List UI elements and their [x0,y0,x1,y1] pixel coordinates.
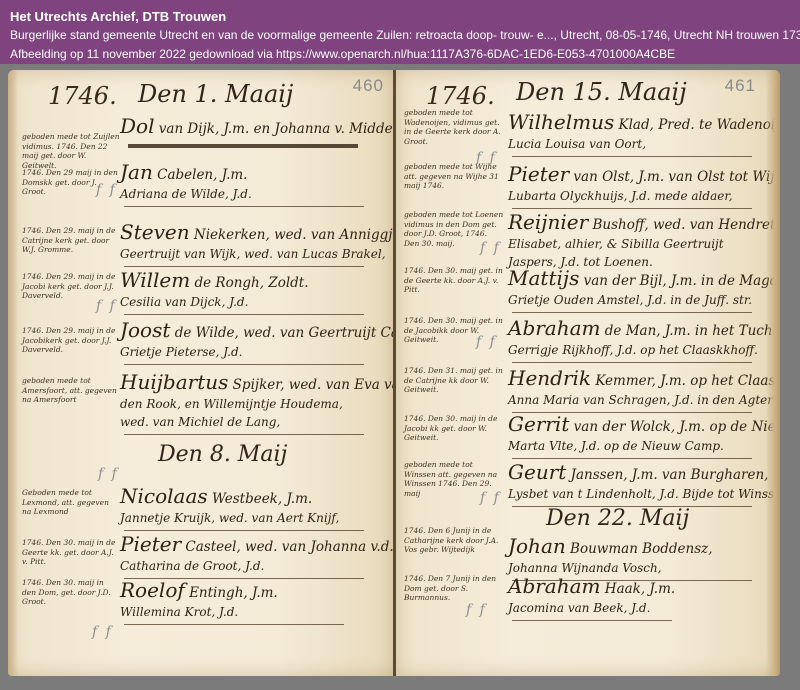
groom-first-name: Pieter [120,532,181,556]
groom-first-name: Geurt [508,460,566,484]
margin-note: geboden mede tot Amersfoort, att. gegeve… [22,376,120,405]
marriage-entry: Pieter van Olst, J.m. van Olst tot Wijhe… [508,164,768,209]
groom-first-name: Johan [508,534,566,558]
groom-first-name: Hendrik [508,366,591,390]
tick-mark: f f [466,602,487,618]
groom-details: Entingh, J.m. [185,585,278,601]
tick-mark: f f [476,150,497,166]
bride-details: Gerrigje Rijkhoff, J.d. op het Claaskkho… [508,341,768,359]
archive-header: Het Utrechts Archief, DTB Trouwen Burger… [0,0,800,64]
groom-details: van Olst, J.m. van Olst tot Wijhe; [569,169,780,185]
entry-divider [512,620,672,621]
groom-details: de Wilde, wed. van Geertruijt Caes, [170,325,394,341]
groom-details: van Dijk, J.m. en Johanna v. Middelregt [154,121,394,137]
groom-first-name: Abraham [508,574,601,598]
groom-details: Kemmer, J.m. op het Claaskerkhoff [591,373,780,389]
tick-mark: f f [98,466,119,482]
groom-first-name: Wilhelmus [508,110,614,134]
bride-details: Lucia Louisa van Oort, [508,135,768,153]
entry-divider [512,312,752,313]
groom-first-name: Reijnier [508,210,588,234]
marriage-entry: Huijbartus Spijker, wed. van Eva van den… [120,372,390,435]
bride-details: Willemina Krot, J.d. [120,603,390,621]
margin-note: 1746. Den 29. maij in de Catrijne kerk g… [22,226,120,255]
bride-details: Lysbet van t Lindenholt, J.d. Bijde tot … [508,485,768,503]
bride-details: Grietje Ouden Amstel, J.d. in de Juff. s… [508,291,768,309]
marriage-entry: Abraham Haak, J.m. Jacomina van Beek, J.… [508,576,768,621]
groom-details: Niekerken, wed. van Anniggje Blommers, [190,227,394,243]
entry-divider [124,266,364,267]
entry-divider [124,434,364,435]
marriage-entry: Joost de Wilde, wed. van Geertruijt Caes… [120,320,390,365]
year-heading: 1746. [48,82,117,110]
margin-note: Geboden mede tot Lexmond, att. gegeven n… [22,488,120,517]
groom-details: Haak, J.m. [601,581,676,597]
marriage-entry: Geurt Janssen, J.m. van Burgharen, Lysbe… [508,462,768,507]
groom-first-name: Jan [120,160,153,184]
bride-details: Marta Vlte, J.d. op de Nieuw Camp. [508,437,768,455]
entry-divider [512,362,752,363]
marriage-entry: Roelof Entingh, J.m. Willemina Krot, J.d… [120,580,390,625]
bride-details: Cesilia van Dijck, J.d. [120,293,390,311]
groom-details: Cabelen, J.m. [153,167,248,183]
bride-details: Lubarta Olyckhuijs, J.d. mede aldaer, [508,187,768,205]
marriage-entry: Jan Cabelen, J.m. Adriana de Wilde, J.d. [120,162,390,207]
entry-divider [124,364,364,365]
bride-details: Adriana de Wilde, J.d. [120,185,390,203]
tick-mark: f f [92,624,113,640]
groom-details: Bouwman Boddensz, [566,541,713,557]
bride-details: Anna Maria van Schragen, J.d. in den Agt… [508,391,768,409]
margin-note: 1746. Den 30. maij in den Dom, get. door… [22,578,120,607]
tick-mark: f f [476,334,497,350]
entry-divider [124,624,344,625]
groom-details: de Man, J.m. in het Tuchthuijs str. [601,323,781,339]
archive-title: Het Utrechts Archief, DTB Trouwen [10,7,790,26]
marriage-entry: Gerrit van der Wolck, J.m. op de Nieuweg… [508,414,768,459]
marriage-entry: Wilhelmus Klad, Pred. te Wadenoijen, Luc… [508,112,768,157]
year-heading: 1746. [426,82,495,110]
marriage-entry: Reijnier Bushoff, wed. van Hendretta Eli… [508,212,768,271]
groom-details: van der Bijl, J.m. in de Magdalene str. [579,273,780,289]
groom-first-name: Steven [120,220,190,244]
margin-note: 1746. Den 30. maij get. in de Geerte kk.… [404,266,504,295]
bride-details: Catharina de Groot, J.d. [120,557,390,575]
groom-details: Bushoff, wed. van Hendretta [588,217,780,233]
groom-first-name: Joost [120,318,170,342]
bride-details: Grietje Pieterse, J.d. [120,343,390,361]
marriage-entry: Mattijs van der Bijl, J.m. in de Magdale… [508,268,768,313]
bride-details: den Rook, en Willemijntje Houdema, wed. … [120,395,370,431]
margin-note: geboden mede tot Wijhe att. gegeven na W… [404,162,504,191]
entry-divider [124,314,364,315]
entry-divider [512,208,752,209]
groom-details: van der Wolck, J.m. op de Nieuweg. [569,419,780,435]
groom-details: Klad, Pred. te Wadenoijen, [614,117,780,133]
entry-divider [124,206,364,207]
tick-mark: f f [480,240,501,256]
date-heading: Den 15. Maaij [516,78,687,106]
groom-first-name: Abraham [508,316,601,340]
groom-first-name: Gerrit [508,412,569,436]
marriage-entry: Steven Niekerken, wed. van Anniggje Blom… [120,222,390,267]
struck-through-line [128,144,358,148]
marriage-entry: Nicolaas Westbeek, J.m. Jannetje Kruijk,… [120,486,390,531]
date-heading: Den 8. Maij [158,442,287,467]
margin-note: geboden mede tot Wadenoijen, vidimus get… [404,108,504,146]
margin-note: 1746. Den 29. maij in de Jacobikerk get.… [22,326,120,355]
bride-details: Jannetje Kruijk, wed. van Aert Knijf, [120,509,390,527]
groom-first-name: Nicolaas [120,484,208,508]
groom-details: Spijker, wed. van Eva van [228,377,394,393]
bride-details: Geertruijt van Wijk, wed. van Lucas Brak… [120,245,390,263]
groom-details: de Rongh, Zoldt. [190,275,308,291]
marriage-entry: Dol van Dijk, J.m. en Johanna v. Middelr… [120,116,390,139]
date-heading: Den 22. Maij [546,506,689,531]
entry-divider [124,530,364,531]
groom-first-name: Dol [120,114,154,138]
margin-note: 1746. Den 6 Junij in de Catharijne kerk … [404,526,504,555]
right-page: 461 1746. Den 15. Maaij geboden mede tot… [396,70,780,676]
download-source: Afbeelding op 11 november 2022 gedownloa… [10,45,790,64]
entry-divider [512,458,752,459]
folio-number: 461 [725,76,756,96]
date-heading: Den 1. Maaij [138,80,293,108]
groom-first-name: Huijbartus [120,370,228,394]
margin-note: 1746. Den 30. maij in de Geerte kk. get.… [22,538,120,567]
record-description: Burgerlijke stand gemeente Utrecht en va… [10,26,790,45]
groom-details: Janssen, J.m. van Burgharen, [566,467,768,483]
left-page: 460 1746. Den 1. Maaij geboden mede tot … [8,70,394,676]
margin-note: geboden mede tot Zuijlen vidimus. 1746. … [22,132,120,170]
groom-details: Casteel, wed. van Johanna v.d. Bergh, [181,539,394,555]
tick-mark: f f [96,182,117,198]
folio-number: 460 [353,76,384,96]
marriage-entry: Pieter Casteel, wed. van Johanna v.d. Be… [120,534,390,579]
entry-divider [512,156,752,157]
margin-note: 1746. Den 30. maij in de Jacobi kk get. … [404,414,504,443]
tick-mark: f f [480,490,501,506]
groom-details: Westbeek, J.m. [208,491,313,507]
marriage-entry: Abraham de Man, J.m. in het Tuchthuijs s… [508,318,768,363]
marriage-entry: Willem de Rongh, Zoldt. Cesilia van Dijc… [120,270,390,315]
margin-note: 1746. Den 7 Junij in den Dom get. door S… [404,574,504,603]
bride-details: Jacomina van Beek, J.d. [508,599,768,617]
groom-first-name: Pieter [508,162,569,186]
groom-first-name: Mattijs [508,266,579,290]
manuscript-spread: 460 1746. Den 1. Maaij geboden mede tot … [8,70,792,682]
groom-first-name: Roelof [120,578,185,602]
tick-mark: f f [96,298,117,314]
groom-first-name: Willem [120,268,190,292]
margin-note: 1746. Den 31. maij get. in de Catrijne k… [404,366,504,395]
margin-note: 1746. Den 29. maij in de Jacobi kerk get… [22,272,120,301]
marriage-entry: Hendrik Kemmer, J.m. op het Claaskerkhof… [508,368,768,413]
